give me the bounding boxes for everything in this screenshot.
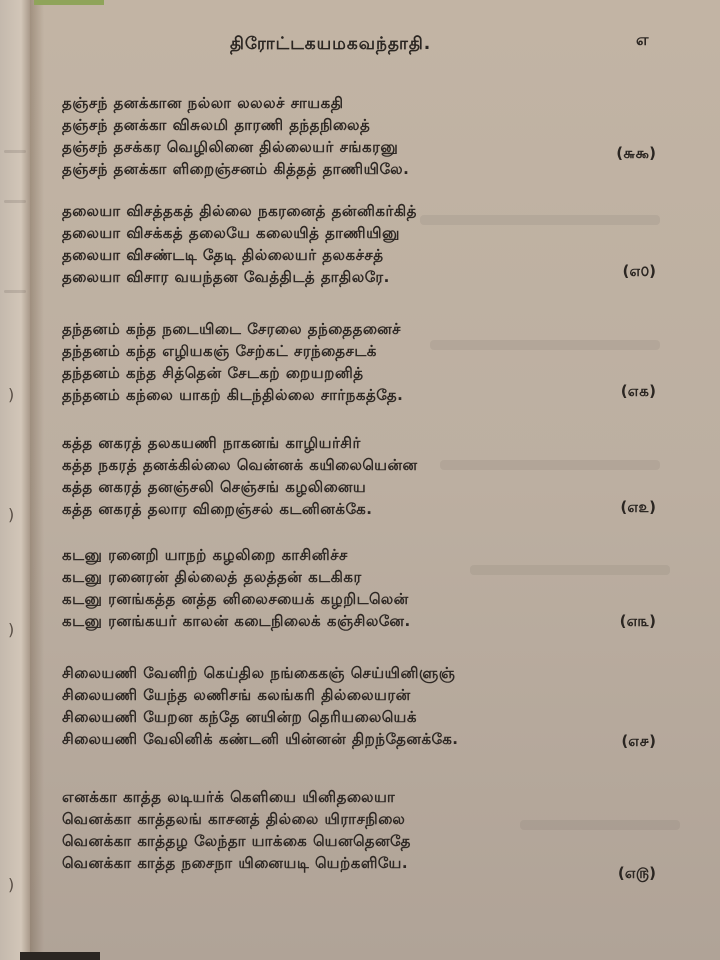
verse-line: சிலையணி வேலினிக் கண்டனி யின்னன் திறந்தேன… bbox=[62, 728, 672, 750]
verse-number: (௭௧) bbox=[621, 382, 656, 402]
verse-line: சிலையணி யேந்த லணிசங் கலங்கரி தில்லையரன் bbox=[62, 684, 672, 706]
verse-number: (௭௨) bbox=[620, 498, 656, 518]
verse-line: வெனக்கா காத்த நசைநா யினையடி யெற்களியே. bbox=[62, 852, 672, 874]
verse-line: வெனக்கா காத்தழ லேந்தா யாக்கை யெனதெனதே bbox=[62, 830, 672, 852]
verse-line: சிலையணி வேனிற் கெய்தில நங்கைகஞ் செய்யினி… bbox=[62, 662, 672, 684]
faint-text-line bbox=[4, 150, 26, 153]
verse-line: தஞ்சந் தனக்கான நல்லா லலலச் சாயகதி bbox=[62, 92, 672, 114]
verse-line: கடனு ரனைரன் தில்லைத் தலத்தன் கடகிகர bbox=[62, 566, 672, 588]
bracket-glyph: ) bbox=[8, 385, 14, 404]
verse-line: தஞ்சந் தசக்கர வெழிலினை தில்லையர் சங்கரனு bbox=[62, 136, 672, 158]
verse-line: தந்தனம் கந்த நடையிடை சேரலை தந்தைதனைச் bbox=[62, 318, 672, 340]
faint-text-line bbox=[4, 290, 26, 293]
book-page-left-edge: ) ) ) ) bbox=[0, 0, 30, 960]
verse-line: சிலையணி யேறன கந்தே னயின்ற தெரியலையெக் bbox=[62, 706, 672, 728]
bracket-glyph: ) bbox=[8, 620, 14, 639]
verse-line: எனக்கா காத்த லடியர்க் கெளியை யினிதலையா bbox=[62, 786, 672, 808]
verse-line: கடனு ரனைறி யாநற் கழலிறை காசினிச்ச bbox=[62, 544, 672, 566]
verse-line: தஞ்சந் தனக்கா விசுலமி தாரணி தந்தநிலைத் bbox=[62, 114, 672, 136]
verse-line: தந்தனம் கந்த எழியகஞ் சேற்கட் சரந்தைசடக் bbox=[62, 340, 672, 362]
verse-74: சிலையணி வேனிற் கெய்தில நங்கைகஞ் செய்யினி… bbox=[62, 662, 672, 750]
verse-line: கத்த னகரத் தலார விறைஞ்சல் கடனினக்கே. bbox=[62, 498, 672, 520]
verse-73: கடனு ரனைறி யாநற் கழலிறை காசினிச்ச கடனு ர… bbox=[62, 544, 672, 632]
verse-line: தலையா விசக்கத் தலையே கலையித் தாணியினு bbox=[62, 222, 672, 244]
verse-72: கத்த னகரத் தலகயணி நாகனங் காழியர்சிர் கத்… bbox=[62, 432, 672, 520]
verse-number: (௭௦) bbox=[622, 262, 656, 282]
verse-line: வெனக்கா காத்தலங் காசனத் தில்லை யிராசநிலை bbox=[62, 808, 672, 830]
verse-line: கடனு ரனங்கத்த னத்த னிலைசயைக் கழறிடலென் bbox=[62, 588, 672, 610]
verse-line: கத்த னகரத் தலகயணி நாகனங் காழியர்சிர் bbox=[62, 432, 672, 454]
verse-71: தந்தனம் கந்த நடையிடை சேரலை தந்தைதனைச் தந… bbox=[62, 318, 672, 406]
verse-line: கத்த னகரத் தனஞ்சலி செஞ்சங் கழலினைய bbox=[62, 476, 672, 498]
bracket-glyph: ) bbox=[8, 875, 14, 894]
verse-line: தலையா விசத்தகத் தில்லை நகரனைத் தன்னிகர்க… bbox=[62, 200, 672, 222]
verse-70: தலையா விசத்தகத் தில்லை நகரனைத் தன்னிகர்க… bbox=[62, 200, 672, 288]
faint-text-line bbox=[4, 200, 26, 203]
verse-line: தந்தனம் கந்த சித்தென் சேடகற் றையறனித் bbox=[62, 362, 672, 384]
gutter-shadow bbox=[30, 0, 44, 960]
green-background-strip bbox=[34, 0, 104, 5]
page-number: எ bbox=[636, 30, 648, 51]
verse-line: தந்தனம் கந்லை யாகற் கிடந்தில்லை சார்நகத்… bbox=[62, 384, 672, 406]
verse-line: கத்த நகரத் தனக்கில்லை வென்னக் கயிலையென்ன bbox=[62, 454, 672, 476]
dark-corner bbox=[20, 952, 100, 960]
verse-number: (௭௪) bbox=[621, 732, 656, 752]
verse-number: (௭௩) bbox=[620, 612, 656, 632]
verse-line: தஞ்சந் தனக்கா ளிறைஞ்சனம் கித்தத் தாணியில… bbox=[62, 158, 672, 180]
page-title: திரோட்டகயமகவந்தாதி. bbox=[230, 34, 431, 56]
verse-69: தஞ்சந் தனக்கான நல்லா லலலச் சாயகதி தஞ்சந்… bbox=[62, 92, 672, 180]
verse-line: தலையா விசார வயந்தன வேத்திடத் தாதிலரே. bbox=[62, 266, 672, 288]
verse-line: கடனு ரனங்கயர் காலன் கடைநிலைக் கஞ்சிலனே. bbox=[62, 610, 672, 632]
verse-number: (௬௯) bbox=[616, 144, 656, 164]
verse-line: தலையா விசண்டடி தேடி தில்லையர் தலகச்சத் bbox=[62, 244, 672, 266]
verse-number: (௭௫) bbox=[618, 864, 656, 884]
bracket-glyph: ) bbox=[8, 505, 14, 524]
verse-75: எனக்கா காத்த லடியர்க் கெளியை யினிதலையா வ… bbox=[62, 786, 672, 874]
